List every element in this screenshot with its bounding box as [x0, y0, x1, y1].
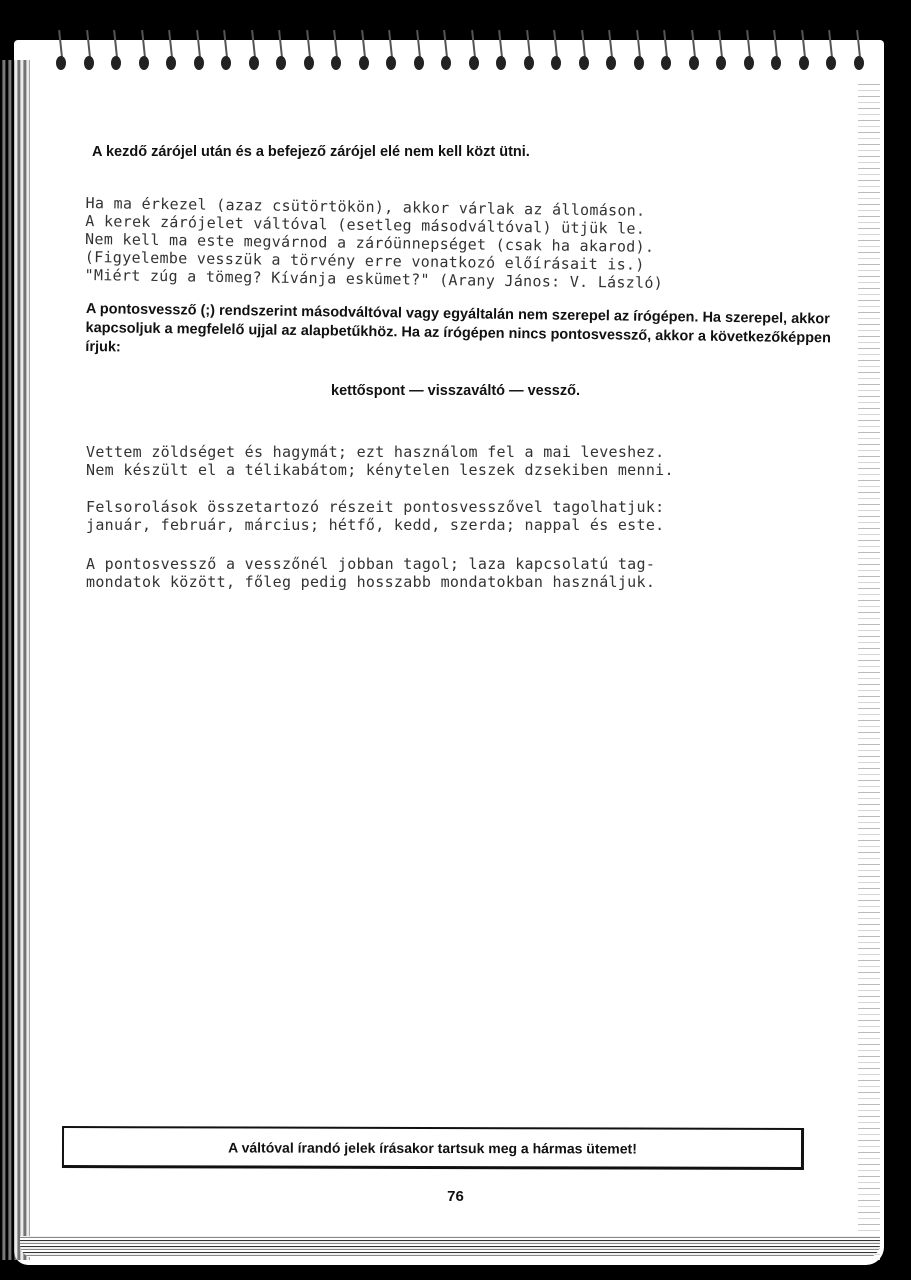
- spiral-coil: [743, 30, 755, 75]
- spiral-coil: [275, 30, 287, 75]
- example-line: A pontosvessző a vesszőnél jobban tagol;…: [86, 555, 655, 573]
- spiral-coil: [495, 30, 507, 75]
- spiral-coil: [853, 30, 865, 75]
- spiral-coil: [358, 30, 370, 75]
- spiral-coil: [633, 30, 645, 75]
- page-stack-edge-left: [0, 60, 30, 1260]
- examples-parentheses: Ha ma érkezel (azaz csütörtökön), akkor …: [84, 176, 664, 310]
- note-box-text: A váltóval írandó jelek írásakor tartsuk…: [228, 1139, 637, 1156]
- example-line: Nem készült el a télikabátom; kénytelen …: [86, 461, 674, 479]
- rule-parentheses: A kezdő zárójel után és a befejező zárój…: [92, 144, 530, 160]
- spiral-coil: [688, 30, 700, 75]
- spiral-coil: [303, 30, 315, 75]
- scan-border-right: [885, 0, 911, 1280]
- spiral-coil: [798, 30, 810, 75]
- spiral-coil: [55, 30, 67, 75]
- spiral-coil: [578, 30, 590, 75]
- spiral-coil: [523, 30, 535, 75]
- spiral-coil: [110, 30, 122, 75]
- spiral-coil: [165, 30, 177, 75]
- example-line: Felsorolások összetartozó részeit pontos…: [86, 498, 665, 516]
- spiral-coil: [440, 30, 452, 75]
- rule-semicolon: A pontosvessző (;) rendszerint másodvált…: [85, 300, 838, 367]
- example-line: január, február, március; hétfő, kedd, s…: [86, 516, 665, 534]
- spiral-coil: [220, 30, 232, 75]
- spiral-coil: [550, 30, 562, 75]
- spiral-coil: [193, 30, 205, 75]
- spiral-coil: [385, 30, 397, 75]
- spiral-coil: [413, 30, 425, 75]
- spiral-coil: [83, 30, 95, 75]
- spiral-coil: [138, 30, 150, 75]
- spiral-binding: [55, 30, 865, 75]
- note-box: A váltóval írandó jelek írásakor tartsuk…: [62, 1126, 804, 1170]
- page-number: 76: [0, 1188, 911, 1205]
- example-line: Vettem zöldséget és hagymát; ezt használ…: [86, 443, 674, 461]
- spiral-coil: [330, 30, 342, 75]
- spiral-coil: [825, 30, 837, 75]
- page-stack-edge-right: [858, 80, 880, 1260]
- spiral-coil: [770, 30, 782, 75]
- page-stack-edge-bottom: [20, 1236, 880, 1258]
- spiral-coil: [605, 30, 617, 75]
- examples-semicolon-3: A pontosvessző a vesszőnél jobban tagol;…: [86, 537, 655, 609]
- spiral-coil: [468, 30, 480, 75]
- spiral-coil: [715, 30, 727, 75]
- example-line: mondatok között, főleg pedig hosszabb mo…: [86, 573, 655, 591]
- spiral-coil: [660, 30, 672, 75]
- spiral-coil: [248, 30, 260, 75]
- semicolon-formula: kettőspont — visszaváltó — vessző.: [0, 383, 911, 399]
